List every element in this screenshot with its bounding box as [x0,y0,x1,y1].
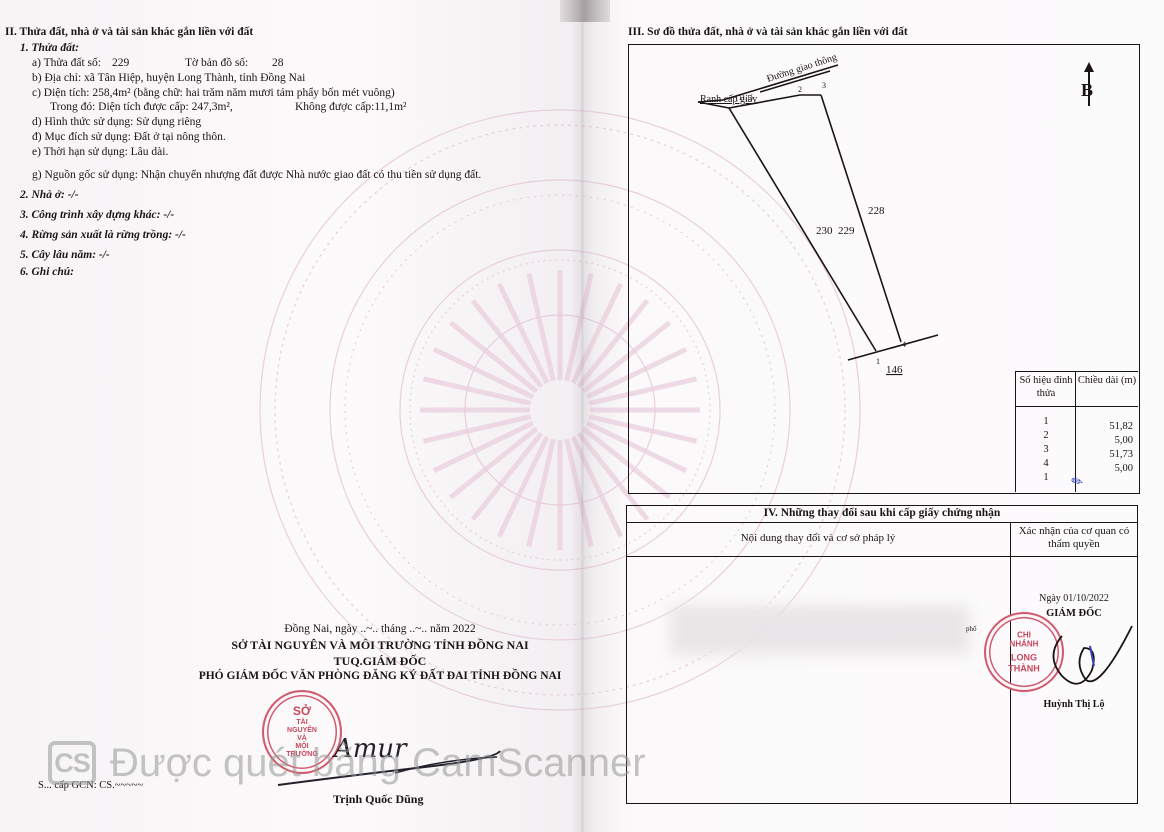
edge-length: 5,00 [1077,463,1133,474]
issuing-agency: SỞ TÀI NGUYÊN VÀ MÔI TRƯỜNG TỈNH ĐỒNG NA… [170,639,590,651]
small-area-label: (11,1) [736,94,753,102]
camscanner-logo-icon: CS [48,741,96,785]
scanner-watermark-text: Được quét bằng CamScanner [110,741,646,786]
changes-entry-note: phố [966,626,977,633]
parcel-number-229: 229 [838,225,855,237]
changes-header-divider [626,556,1138,557]
parcel-area-not-granted: Không được cấp:11,1m² [295,102,406,114]
stamp-text-line: SỞ [283,705,321,719]
table-border-left [1015,371,1016,492]
edge-length: 51,73 [1077,449,1133,460]
scanner-watermark: CS Được quét bằng CamScanner [48,738,646,788]
section-iii-title: III. Sơ đồ thửa đất, nhà ở và tài sản kh… [628,27,908,39]
edge-length: 5,00 [1077,435,1133,446]
confirm-date: Ngày 01/10/2022 [1012,594,1136,604]
parcel-number-label: a) Thửa đất số: [32,58,101,70]
vertex-label-2: 2 [798,85,802,94]
table-header-vertex: Số hiệu đỉnh thửa [1017,375,1075,400]
parcel-area-granted: Trong đó: Diện tích được cấp: 247,3m², [50,102,233,114]
parcel-heading: 1. Thửa đất: [20,43,79,55]
page-fold-shadow [560,0,610,22]
vertex-label-4: 4 [902,340,906,349]
vertex-id: 4 [1017,458,1075,469]
svg-text:B: B [1081,80,1093,100]
on-behalf-of: TUQ.GIÁM ĐỐC [170,655,590,667]
edge-length: 51,82 [1077,421,1133,432]
map-sheet-value: 28 [272,58,284,70]
usage-term: e) Thời hạn sử dụng: Lâu dài. [32,147,168,159]
item-notes: 6. Ghi chú: [20,267,74,279]
north-arrow-icon: B [1081,62,1094,106]
neighbor-parcel-230: 230 [816,225,833,237]
confirm-signer: Huỳnh Thị Lộ [1012,700,1136,710]
parcel-address: b) Địa chỉ: xã Tân Hiệp, huyện Long Thàn… [32,73,305,85]
section-ii-title: II. Thửa đất, nhà ở và tài sản khác gắn … [5,27,253,39]
changes-title-divider [626,522,1138,523]
usage-form: d) Hình thức sử dụng: Sử dụng riêng [32,117,201,129]
changes-title: IV. Những thay đổi sau khi cấp giấy chứn… [626,508,1138,520]
item-other-construction: 3. Công trình xây dựng khác: -/- [20,210,174,222]
table-header-divider [1015,406,1138,407]
signer-position: PHÓ GIÁM ĐỐC VĂN PHÒNG ĐĂNG KÝ ĐẤT ĐAI T… [160,671,600,683]
vertex-id: 1 [1017,472,1075,483]
redacted-area [670,605,970,655]
page-fold [570,0,594,832]
table-border-top [1015,371,1138,372]
issue-place-date: Đồng Nai, ngày ..~.. tháng ..~.. năm 202… [170,624,590,636]
signer-name-left: Trịnh Quốc Dũng [333,793,423,805]
table-header-length: Chiều dài (m) [1077,375,1137,388]
changes-col-content: Nội dung thay đổi và cơ sở pháp lý [626,533,1010,544]
item-perennial-trees: 5. Cây lâu năm: -/- [20,250,110,262]
changes-col-confirm: Xác nhận của cơ quan có thẩm quyền [1012,525,1136,551]
stamp-text-line: CHI NHÁNH [1005,630,1043,648]
vertex-label-3: 3 [822,81,826,90]
parcel-area: c) Diện tích: 258,4m² (bằng chữ: hai tră… [32,88,395,100]
item-house: 2. Nhà ở: -/- [20,190,79,202]
signature-right [1040,618,1135,703]
neighbor-parcel-228: 228 [868,205,885,217]
parcel-number-value: 229 [112,58,129,70]
vertex-id: 2 [1017,430,1075,441]
stamp-text-line: LONG THÀNH [1005,653,1043,674]
neighbor-parcel-146: 146 [886,364,903,376]
usage-purpose: đ) Mục đích sử dụng: Đất ở tại nông thôn… [32,132,226,144]
vertex-id: 1 [1017,416,1075,427]
vertex-label-1: 1 [876,357,880,366]
map-sheet-label: Tờ bản đồ số: [185,58,248,70]
usage-origin: g) Nguồn gốc sử dụng: Nhận chuyển nhượng… [32,170,481,182]
vertex-id: 3 [1017,444,1075,455]
item-planted-forest: 4. Rừng sản xuất là rừng trồng: -/- [20,230,186,242]
